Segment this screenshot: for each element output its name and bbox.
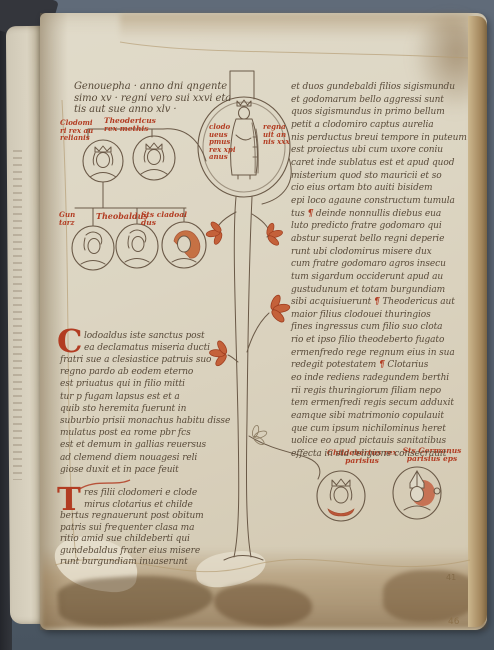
label-gunthar: Guntarz [59,211,75,226]
label-theoderic: Theodericusrex methis [104,117,156,133]
left-text-block-1: fratri sue a clesiastice patruis suoregn… [60,354,230,476]
medallion-gunthar [72,226,114,270]
medallion-childebert [317,471,365,521]
trunk-base [224,556,263,561]
medallion-germanus [393,467,441,519]
medallion-clodomir [83,140,123,182]
rubric-initial-t: T [57,484,81,514]
trunk-top [230,71,254,99]
label-clovis-right: regnauit annis xxx [263,123,290,146]
branch-curl [217,212,269,237]
folio-number-lower: 46 [448,617,459,627]
leaf-ornament [204,219,225,247]
medallion-theoderic [133,136,175,180]
leaf-sketch [248,422,271,449]
medallion-theobald [116,224,158,268]
tree-trunk [246,197,252,557]
leaf-ornament [267,292,293,326]
folio-number-upper: 41 [446,573,456,582]
label-clovis-left: clodoueuspmusrex xpianus [209,123,235,161]
label-clodomir: Clodomiri rex aurelianis [60,119,93,142]
leaf-ornament [263,220,286,249]
branch-stem [247,313,269,352]
medallion-clodoald [162,222,206,268]
crease-line [120,42,468,58]
manuscript-photo: Genouepha · anno dni qngentesimo xv · re… [0,0,494,650]
left-text-block-2: bertus regnauerunt post obitumpatris sui… [60,511,204,569]
rubric-initial-c: C [57,326,82,356]
left-text-block-2: res filii clodomeri e clodemirus clotari… [84,488,197,511]
heading-text: Genouepha · anno dni qngentesimo xv · re… [74,81,231,116]
label-clodoald: Sts cladoaldus [141,211,187,227]
left-text-block-1: lodoaldus iste sanctus postea declamatus… [84,330,210,354]
tree-trunk [234,197,239,557]
right-text-column: et duos gundebaldi filios sigismunduet g… [291,81,471,461]
